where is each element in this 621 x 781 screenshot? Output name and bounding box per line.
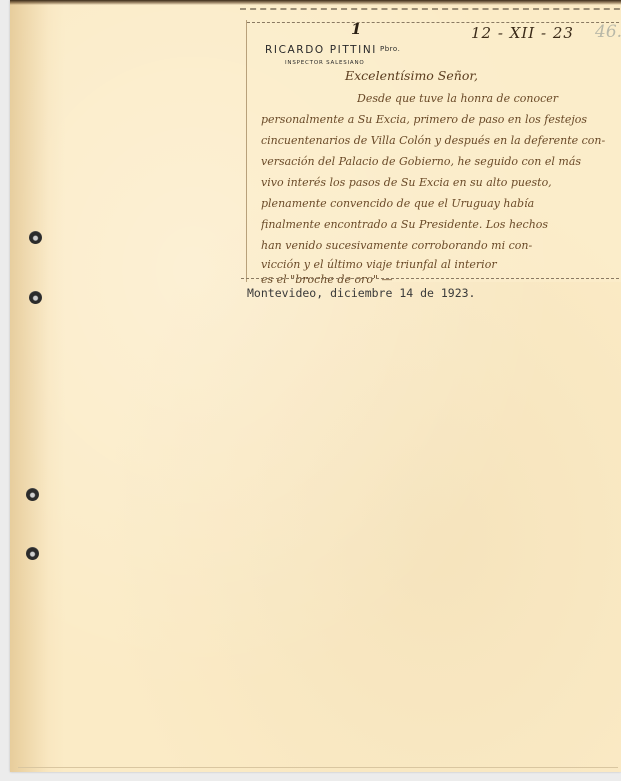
- body-line: versación del Palacio de Gobierno, he se…: [261, 155, 621, 168]
- folio-number: 46.: [595, 22, 621, 42]
- salutation: Excelentísimo Señor,: [345, 68, 478, 83]
- page-bottom-edge: [18, 767, 618, 768]
- document-page: 1 12 - XII - 23 46. RICARDO PITTINIPbro.…: [10, 0, 621, 772]
- letterhead-title-suffix: Pbro.: [380, 45, 400, 53]
- letterhead-name: RICARDO PITTINIPbro.: [265, 44, 400, 56]
- clipping-edge-marks: [240, 8, 621, 10]
- punch-hole-icon: [29, 291, 42, 304]
- letter-clipping: 1 12 - XII - 23 46. RICARDO PITTINIPbro.…: [246, 20, 621, 282]
- body-line: personalmente a Su Excia, primero de pas…: [261, 113, 621, 126]
- punch-hole-icon: [26, 547, 39, 560]
- letterhead-subtitle: INSPECTOR SALESIANO: [285, 60, 365, 66]
- body-line: finalmente encontrado a Su Presidente. L…: [261, 218, 621, 231]
- body-line: han venido sucesivamente corroborando mi…: [261, 239, 621, 252]
- body-line: vicción y el último viaje triunfal al in…: [261, 258, 621, 271]
- body-line: es el "broche de oro" —: [261, 273, 621, 286]
- body-line: plenamente convencido de que el Uruguay …: [261, 197, 621, 210]
- punch-hole-icon: [29, 231, 42, 244]
- body-line: cincuentenarios de Villa Colón y después…: [261, 134, 621, 147]
- body-line: Desde que tuve la honra de conocer: [357, 92, 621, 105]
- clipping-bottom-border: [241, 278, 621, 279]
- page-mark: 1: [351, 20, 361, 38]
- typed-date: Montevideo, diciembre 14 de 1923.: [247, 286, 475, 300]
- paper-stain: [10, 0, 65, 772]
- page-top-edge: [10, 0, 621, 5]
- clipping-top-border: [247, 22, 621, 23]
- letterhead-name-text: RICARDO PITTINI: [265, 44, 377, 56]
- punch-hole-icon: [26, 488, 39, 501]
- body-line: vivo interés los pasos de Su Excia en su…: [261, 176, 621, 189]
- handwritten-date: 12 - XII - 23: [471, 24, 574, 42]
